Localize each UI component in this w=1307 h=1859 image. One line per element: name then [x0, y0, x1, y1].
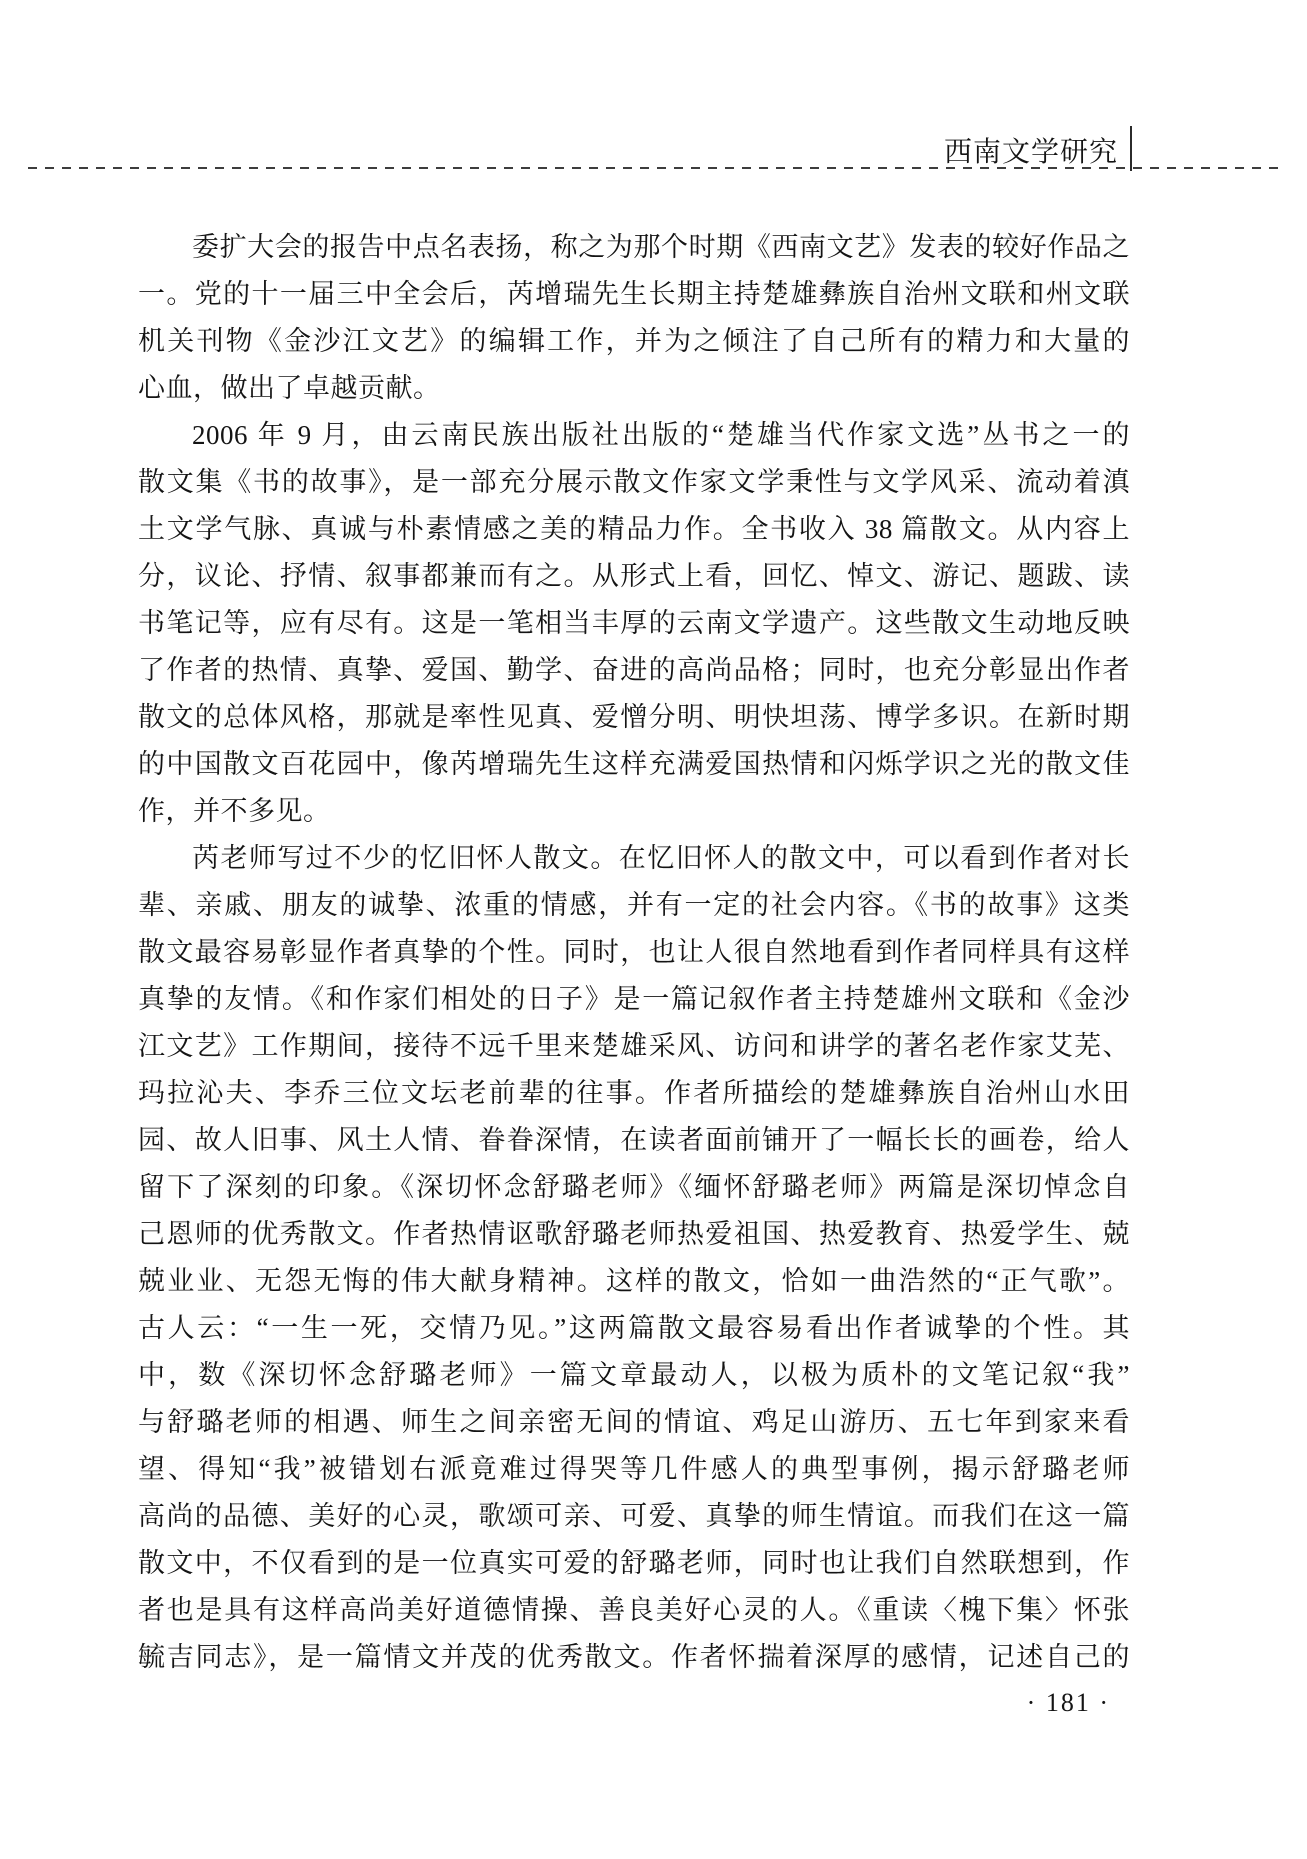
body-line: 机关刊物《金沙江文艺》的编辑工作，并为之倾注了自己所有的精力和大量的 [138, 318, 1130, 365]
body-line: 者也是具有这样高尚美好道德情操、善良美好心灵的人。《重读〈槐下集〉怀张 [138, 1587, 1130, 1634]
body-line: 园、故人旧事、风土人情、眷眷深情，在读者面前铺开了一幅长长的画卷，给人 [138, 1117, 1130, 1164]
body-line: 散文的总体风格，那就是率性见真、爱憎分明、明快坦荡、博学多识。在新时期 [138, 694, 1130, 741]
body-line: 兢业业、无怨无悔的伟大献身精神。这样的散文，恰如一曲浩然的“正气歌”。 [138, 1258, 1130, 1305]
body-line: 真挚的友情。《和作家们相处的日子》是一篇记叙作者主持楚雄州文联和《金沙 [138, 976, 1130, 1023]
body-line: 散文最容易彰显作者真挚的个性。同时，也让人很自然地看到作者同样具有这样 [138, 929, 1130, 976]
page: 西南文学研究 委扩大会的报告中点名表扬，称之为那个时期《西南文艺》发表的较好作品… [0, 0, 1307, 1859]
body-line: 毓吉同志》，是一篇情文并茂的优秀散文。作者怀揣着深厚的感情，记述自己的 [138, 1634, 1130, 1681]
paragraph-3: 芮老师写过不少的忆旧怀人散文。在忆旧怀人的散文中，可以看到作者对长 辈、亲戚、朋… [138, 835, 1130, 1681]
body-line: 一。党的十一届三中全会后，芮增瑞先生长期主持楚雄彝族自治州文联和州文联 [138, 271, 1130, 318]
body-line: 分，议论、抒情、叙事都兼而有之。从形式上看，回忆、悼文、游记、题跋、读 [138, 553, 1130, 600]
body-line: 书笔记等，应有尽有。这是一笔相当丰厚的云南文学遗产。这些散文生动地反映 [138, 600, 1130, 647]
header-dashed-rule [28, 167, 1282, 169]
page-number: · 181 · [0, 1688, 1110, 1718]
body-line: 了作者的热情、真挚、爱国、勤学、奋进的高尚品格；同时，也充分彰显出作者 [138, 647, 1130, 694]
body-line: 高尚的品德、美好的心灵，歌颂可亲、可爱、真挚的师生情谊。而我们在这一篇 [138, 1493, 1130, 1540]
body-line: 散文中，不仅看到的是一位真实可爱的舒璐老师，同时也让我们自然联想到，作 [138, 1540, 1130, 1587]
body-line: 的中国散文百花园中，像芮增瑞先生这样充满爱国热情和闪烁学识之光的散文佳 [138, 741, 1130, 788]
header-divider-bar [1130, 126, 1132, 171]
body-line: 留下了深刻的印象。《深切怀念舒璐老师》《缅怀舒璐老师》两篇是深切悼念自 [138, 1164, 1130, 1211]
body-line: 中，数《深切怀念舒璐老师》一篇文章最动人，以极为质朴的文笔记叙“我” [138, 1352, 1130, 1399]
body-line: 辈、亲戚、朋友的诚挚、浓重的情感，并有一定的社会内容。《书的故事》这类 [138, 882, 1130, 929]
body-line: 望、得知“我”被错划右派竟难过得哭等几件感人的典型事例，揭示舒璐老师 [138, 1446, 1130, 1493]
body-line: 己恩师的优秀散文。作者热情讴歌舒璐老师热爱祖国、热爱教育、热爱学生、兢 [138, 1211, 1130, 1258]
journal-title: 西南文学研究 [0, 130, 1118, 170]
body-line: 与舒璐老师的相遇、师生之间亲密无间的情谊、鸡足山游历、五七年到家来看 [138, 1399, 1130, 1446]
body-line: 玛拉沁夫、李乔三位文坛老前辈的往事。作者所描绘的楚雄彝族自治州山水田 [138, 1070, 1130, 1117]
article-body: 委扩大会的报告中点名表扬，称之为那个时期《西南文艺》发表的较好作品之 一。党的十… [138, 224, 1130, 1681]
body-line: 心血，做出了卓越贡献。 [138, 365, 1130, 412]
body-line: 古人云：“一生一死，交情乃见。”这两篇散文最容易看出作者诚挚的个性。其 [138, 1305, 1130, 1352]
body-line: 散文集《书的故事》，是一部充分展示散文作家文学秉性与文学风采、流动着滇 [138, 459, 1130, 506]
body-line: 土文学气脉、真诚与朴素情感之美的精品力作。全书收入 38 篇散文。从内容上 [138, 506, 1130, 553]
body-line: 江文艺》工作期间，接待不远千里来楚雄采风、访问和讲学的著名老作家艾芜、 [138, 1023, 1130, 1070]
body-line: 2006 年 9 月，由云南民族出版社出版的“楚雄当代作家文选”丛书之一的 [138, 412, 1130, 459]
body-line: 作，并不多见。 [138, 788, 1130, 835]
body-line: 芮老师写过不少的忆旧怀人散文。在忆旧怀人的散文中，可以看到作者对长 [138, 835, 1130, 882]
paragraph-1: 委扩大会的报告中点名表扬，称之为那个时期《西南文艺》发表的较好作品之 一。党的十… [138, 224, 1130, 412]
body-line: 委扩大会的报告中点名表扬，称之为那个时期《西南文艺》发表的较好作品之 [138, 224, 1130, 271]
paragraph-2: 2006 年 9 月，由云南民族出版社出版的“楚雄当代作家文选”丛书之一的 散文… [138, 412, 1130, 835]
